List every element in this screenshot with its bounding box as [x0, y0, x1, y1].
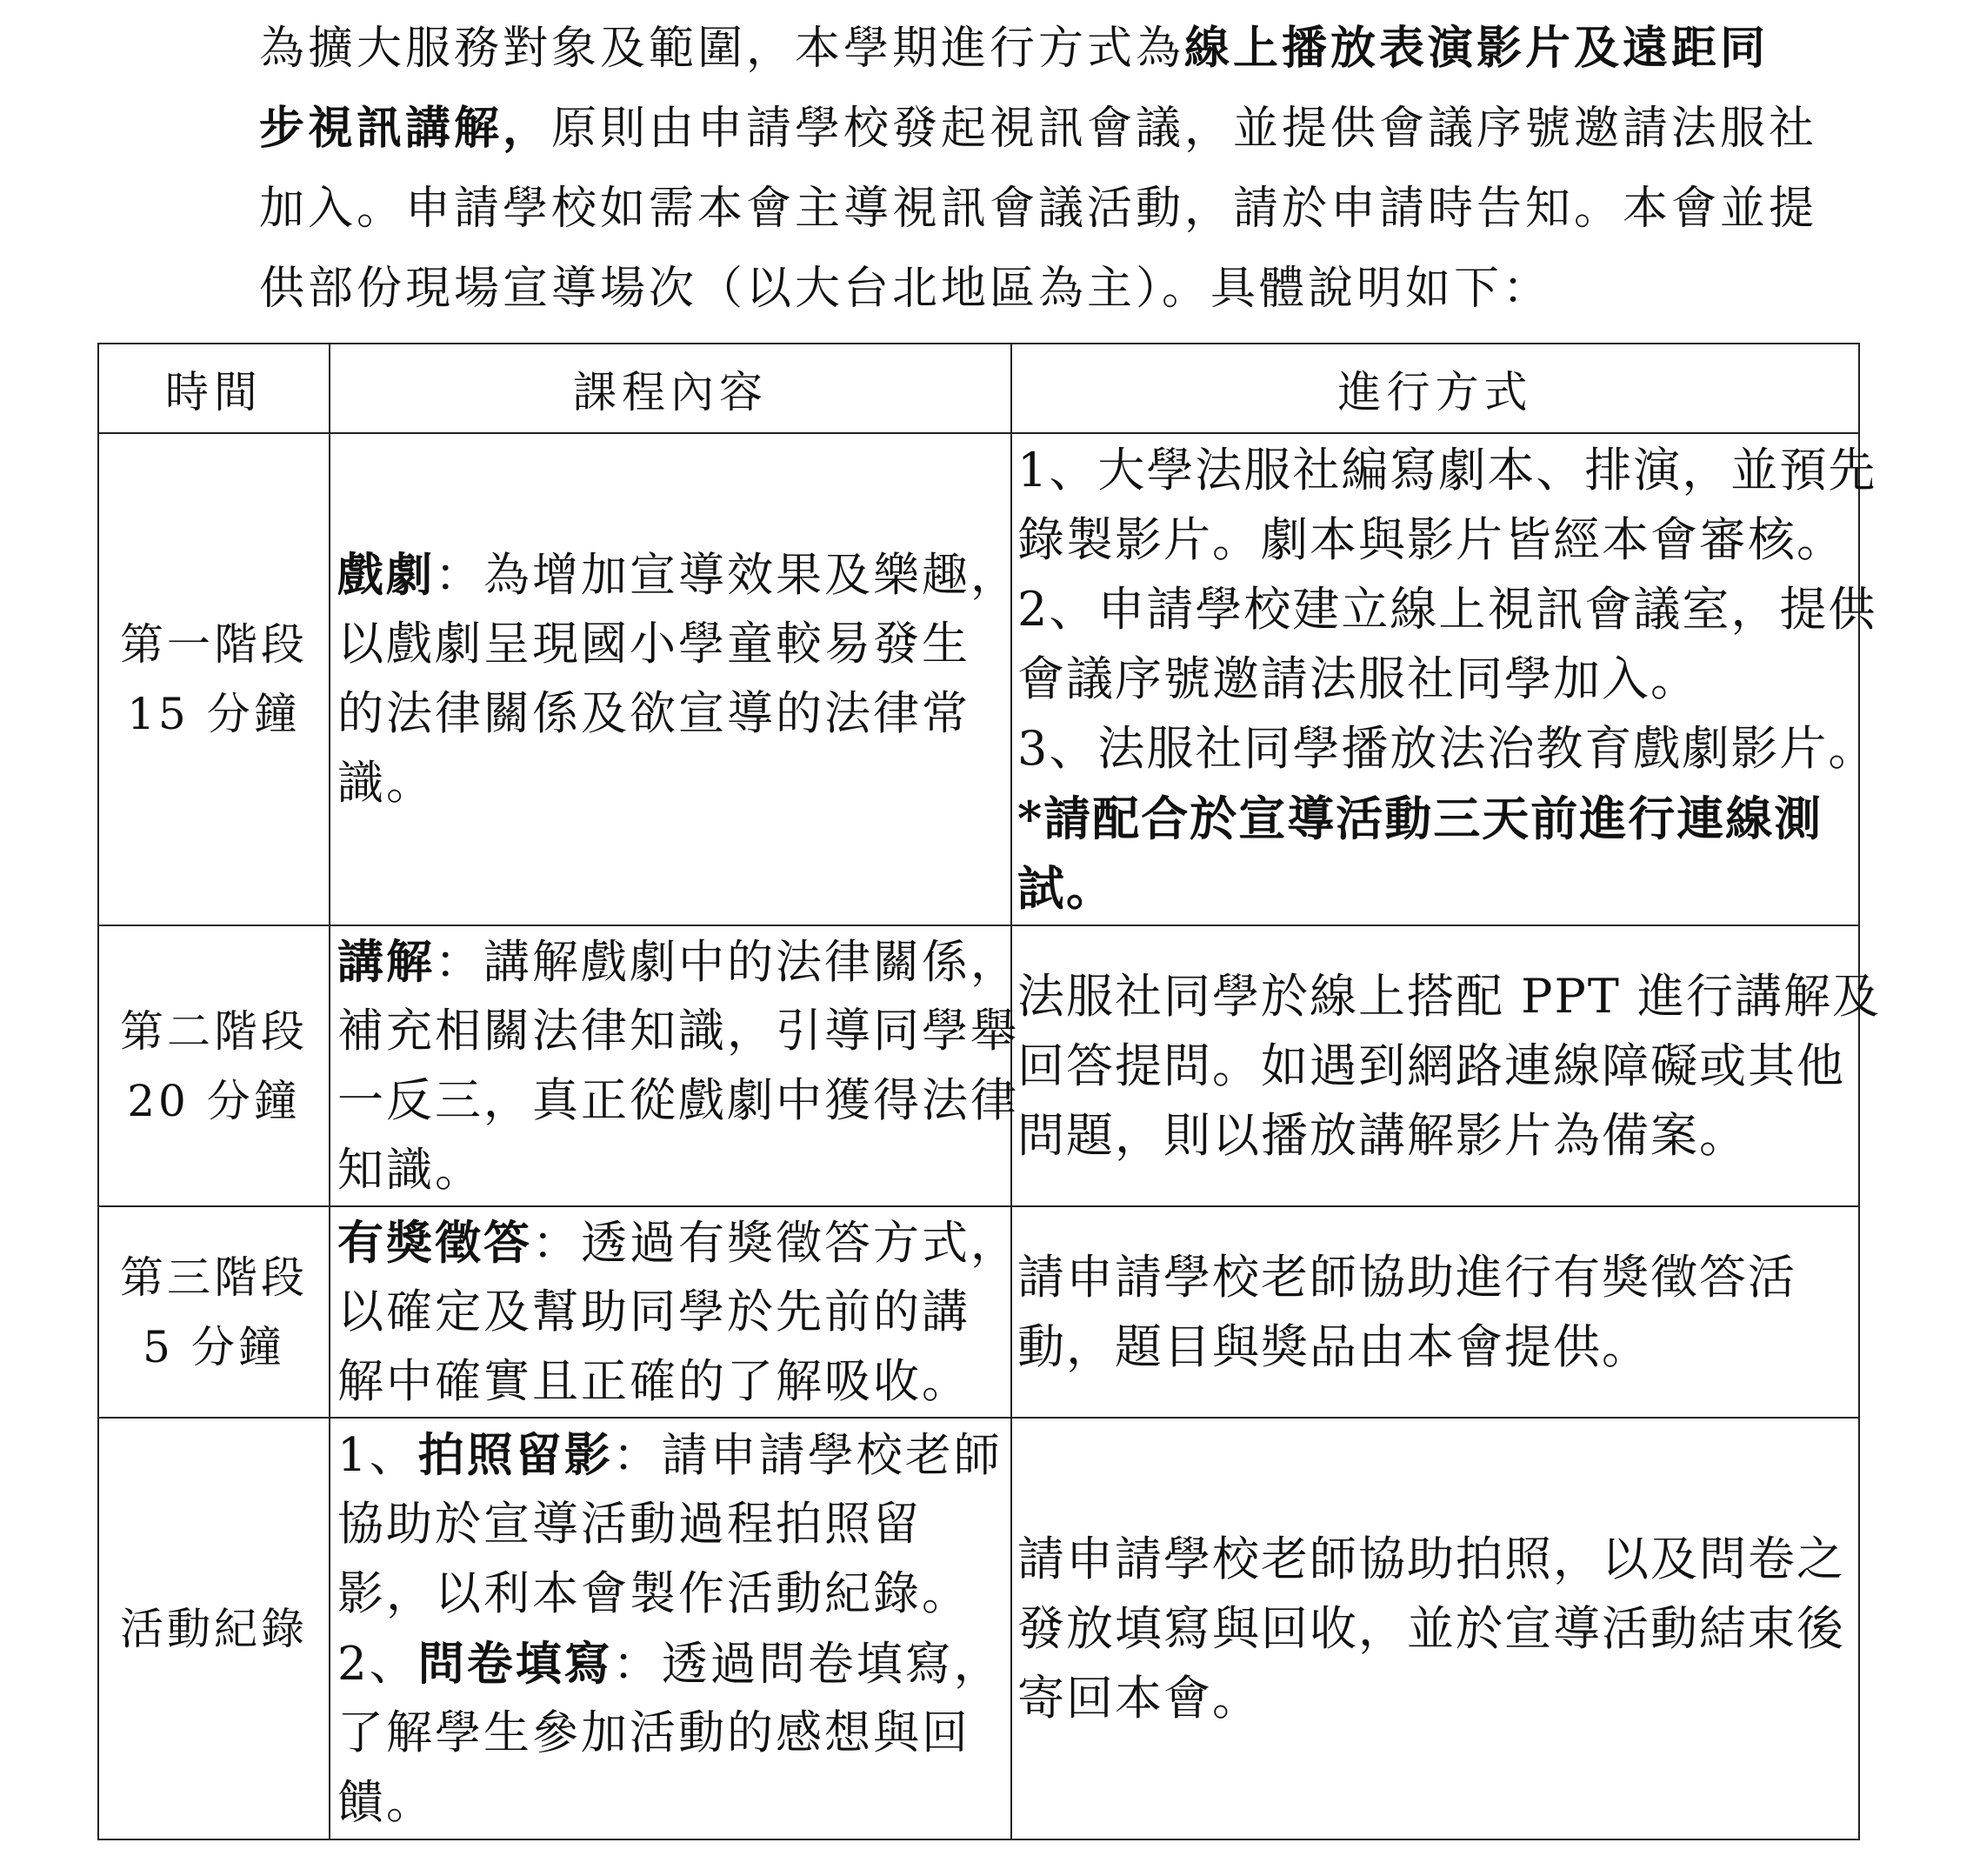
- intro-text: 為擴大服務對象及範圍，本學期進行方式為: [259, 23, 1184, 75]
- content-line: 協助於宣導活動過程拍照留: [337, 1490, 1010, 1559]
- content-text: ：講解戲劇中的法律關係，: [435, 936, 1019, 989]
- content-line: 的法律關係及欲宣導的法律常: [337, 679, 1010, 749]
- schedule-table: 時間 課程內容 進行方式 第一階段 15 分鐘 戲劇：為增加宣導效果及樂趣， 以…: [97, 343, 1860, 1840]
- method-line: 請申請學校老師協助拍照，以及問卷之: [1017, 1525, 1858, 1594]
- intro-text: 原則由申請學校發起視訊會議，並提供會議序號邀請法服社: [551, 103, 1817, 155]
- content-line: 有獎徵答：透過有獎徵答方式，: [337, 1208, 1010, 1278]
- content-line: 1、拍照留影：請申請學校老師: [337, 1420, 1010, 1490]
- content-cell: 有獎徵答：透過有獎徵答方式， 以確定及幫助同學於先前的講 解中確實且正確的了解吸…: [330, 1206, 1011, 1418]
- method-line: 2、申請學校建立線上視訊會議室，提供: [1017, 575, 1858, 644]
- intro-line-3: 加入。申請學校如需本會主導視訊會議活動，請於申請時告知。本會並提: [259, 169, 1824, 249]
- intro-text: 供部份現場宣導場次（以大台北地區為主）。具體說明如下：: [259, 263, 1551, 315]
- method-cell: 1、大學法服社編寫劇本、排演，並預先 錄製影片。劇本與影片皆經本會審核。 2、申…: [1011, 433, 1859, 925]
- method-line: 回答提問。如遇到網路連線障礙或其他: [1017, 1031, 1858, 1101]
- method-note: 試。: [1017, 853, 1858, 923]
- content-title: 問卷填寫: [418, 1637, 613, 1691]
- table-row: 活動紀錄 1、拍照留影：請申請學校老師 協助於宣導活動過程拍照留 影，以利本會製…: [98, 1418, 1859, 1839]
- method-note: *請配合於宣導活動三天前進行連線測: [1017, 784, 1858, 853]
- method-line: 問題，則以播放講解影片為備案。: [1017, 1101, 1858, 1171]
- method-line: 1、大學法服社編寫劇本、排演，並預先: [1017, 436, 1858, 505]
- content-line: 戲劇：為增加宣導效果及樂趣，: [337, 540, 1010, 610]
- content-line: 2、問卷填寫：透過問卷填寫，: [337, 1629, 1010, 1699]
- stage-label: 第三階段: [99, 1243, 329, 1312]
- content-title: 有獎徵答: [337, 1216, 532, 1270]
- stage-cell: 第二階段 20 分鐘: [98, 925, 330, 1206]
- content-text: ：透過有獎徵答方式，: [532, 1217, 1019, 1270]
- item-number: 1、: [337, 1429, 418, 1482]
- table-row: 第二階段 20 分鐘 講解：講解戲劇中的法律關係， 補充相關法律知識，引導同學舉…: [98, 925, 1859, 1206]
- stage-duration: 15 分鐘: [99, 679, 329, 749]
- content-cell: 講解：講解戲劇中的法律關係， 補充相關法律知識，引導同學舉 一反三，真正從戲劇中…: [330, 925, 1011, 1206]
- intro-text: 加入。申請學校如需本會主導視訊會議活動，請於申請時告知。本會並提: [259, 183, 1817, 235]
- intro-line-4: 供部份現場宣導場次（以大台北地區為主）。具體說明如下：: [259, 249, 1824, 329]
- content-line: 以確定及幫助同學於先前的講: [337, 1278, 1010, 1347]
- content-line: 講解：講解戲劇中的法律關係，: [337, 927, 1010, 997]
- intro-line-1: 為擴大服務對象及範圍，本學期進行方式為線上播放表演影片及遠距同: [259, 9, 1824, 89]
- method-cell: 請申請學校老師協助拍照，以及問卷之 發放填寫與回收，並於宣導活動結束後 寄回本會…: [1011, 1418, 1859, 1839]
- method-line: 發放填寫與回收，並於宣導活動結束後: [1017, 1594, 1858, 1664]
- stage-cell: 第三階段 5 分鐘: [98, 1206, 330, 1418]
- header-content: 課程內容: [330, 344, 1011, 433]
- content-title: 拍照留影: [418, 1428, 613, 1482]
- stage-label: 活動紀錄: [99, 1594, 329, 1664]
- content-line: 識。: [337, 749, 1010, 818]
- stage-duration: 20 分鐘: [99, 1066, 329, 1136]
- content-line: 饋。: [337, 1768, 1010, 1838]
- method-cell: 法服社同學於線上搭配 PPT 進行講解及 回答提問。如遇到網路連線障礙或其他 問…: [1011, 925, 1859, 1206]
- method-cell: 請申請學校老師協助進行有獎徵答活 動，題目與獎品由本會提供。: [1011, 1206, 1859, 1418]
- content-text: ：請申請學校老師: [613, 1429, 1003, 1482]
- content-line: 一反三，真正從戲劇中獲得法律: [337, 1066, 1010, 1136]
- table-row: 第三階段 5 分鐘 有獎徵答：透過有獎徵答方式， 以確定及幫助同學於先前的講 解…: [98, 1206, 1859, 1418]
- intro-line-2: 步視訊講解，原則由申請學校發起視訊會議，並提供會議序號邀請法服社: [259, 89, 1824, 169]
- content-text: ：透過問卷填寫，: [613, 1638, 1003, 1691]
- method-line: 3、法服社同學播放法治教育戲劇影片。: [1017, 714, 1858, 784]
- stage-cell: 活動紀錄: [98, 1418, 330, 1839]
- intro-bold-text: 步視訊講解，: [259, 102, 551, 155]
- stage-label: 第一階段: [99, 610, 329, 679]
- method-line: 法服社同學於線上搭配 PPT 進行講解及: [1017, 962, 1858, 1031]
- content-line: 影，以利本會製作活動紀錄。: [337, 1559, 1010, 1629]
- content-cell: 1、拍照留影：請申請學校老師 協助於宣導活動過程拍照留 影，以利本會製作活動紀錄…: [330, 1418, 1011, 1839]
- content-line: 解中確實且正確的了解吸收。: [337, 1347, 1010, 1417]
- method-line: 動，題目與獎品由本會提供。: [1017, 1312, 1858, 1382]
- table-row: 第一階段 15 分鐘 戲劇：為增加宣導效果及樂趣， 以戲劇呈現國小學童較易發生 …: [98, 433, 1859, 925]
- stage-duration: 5 分鐘: [99, 1312, 329, 1382]
- method-line: 請申請學校老師協助進行有獎徵答活: [1017, 1243, 1858, 1312]
- stage-label: 第二階段: [99, 997, 329, 1066]
- intro-paragraph: 為擴大服務對象及範圍，本學期進行方式為線上播放表演影片及遠距同 步視訊講解，原則…: [259, 9, 1824, 329]
- content-line: 補充相關法律知識，引導同學舉: [337, 997, 1010, 1066]
- table-header-row: 時間 課程內容 進行方式: [98, 344, 1859, 433]
- stage-cell: 第一階段 15 分鐘: [98, 433, 330, 925]
- method-line: 錄製影片。劇本與影片皆經本會審核。: [1017, 505, 1858, 575]
- item-number: 2、: [337, 1638, 418, 1691]
- content-line: 知識。: [337, 1136, 1010, 1205]
- intro-bold-text: 線上播放表演影片及遠距同: [1184, 22, 1769, 75]
- content-line: 了解學生參加活動的感想與回: [337, 1699, 1010, 1768]
- content-cell: 戲劇：為增加宣導效果及樂趣， 以戲劇呈現國小學童較易發生 的法律關係及欲宣導的法…: [330, 433, 1011, 925]
- content-line: 以戲劇呈現國小學童較易發生: [337, 610, 1010, 679]
- content-title: 戲劇: [337, 548, 435, 602]
- content-title: 講解: [337, 935, 435, 989]
- method-line: 會議序號邀請法服社同學加入。: [1017, 644, 1858, 714]
- header-method: 進行方式: [1011, 344, 1859, 433]
- content-text: ：為增加宣導效果及樂趣，: [435, 549, 1019, 602]
- method-line: 寄回本會。: [1017, 1664, 1858, 1733]
- header-time: 時間: [98, 344, 330, 433]
